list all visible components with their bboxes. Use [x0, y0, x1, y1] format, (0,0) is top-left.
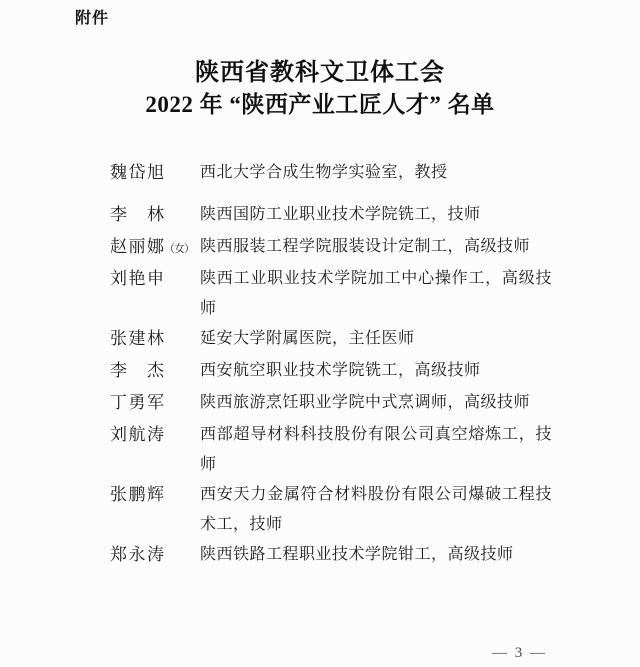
entry-name: 赵丽娜（女） — [110, 232, 200, 264]
entry-name-text: 张建林 — [110, 324, 164, 354]
entry-name: 魏岱旭 — [110, 158, 200, 190]
entry-description: 陕西旅游烹饪职业学院中式烹调师，高级技师 — [200, 388, 552, 418]
document-title-line2: 2022 年 “陕西产业工匠人才” 名单 — [0, 89, 640, 121]
entry-name: 刘航涛 — [110, 420, 200, 452]
entry-name-text: 赵丽娜 — [110, 232, 164, 262]
entry-name: 李林 — [110, 200, 200, 232]
list-entry: 刘航涛 西部超导材料科技股份有限公司真空熔炼工，技师 — [110, 420, 556, 480]
list-entry: 赵丽娜（女） 陕西服装工程学院服装设计定制工，高级技师 — [110, 232, 556, 264]
entry-description: 西北大学合成生物学实验室，教授 — [200, 158, 552, 188]
entry-name: 张建林 — [110, 324, 200, 356]
entry-description: 延安大学附属医院，主任医师 — [200, 324, 552, 354]
entry-name-text: 李杰 — [110, 356, 164, 386]
entry-name: 丁勇军 — [110, 388, 200, 420]
entry-description: 陕西服装工程学院服装设计定制工，高级技师 — [200, 232, 552, 262]
list-entry: 丁勇军 陕西旅游烹饪职业学院中式烹调师，高级技师 — [110, 388, 556, 420]
entry-name: 郑永涛 — [110, 540, 200, 572]
list-entry: 刘艳申 陕西工业职业技术学院加工中心操作工，高级技师 — [110, 264, 556, 324]
entry-name-text: 魏岱旭 — [110, 158, 164, 188]
page-number: — 3 — — [492, 643, 547, 663]
entry-name: 刘艳申 — [110, 264, 200, 296]
list-entry: 李林 陕西国防工业职业技术学院铣工，技师 — [110, 200, 556, 232]
entry-description: 陕西国防工业职业技术学院铣工，技师 — [200, 200, 552, 230]
entry-description: 陕西工业职业技术学院加工中心操作工，高级技师 — [200, 264, 552, 324]
entry-name-text: 刘航涛 — [110, 420, 164, 450]
entry-name-text: 刘艳申 — [110, 264, 164, 294]
list-entry: 李杰 西安航空职业技术学院铣工，高级技师 — [110, 356, 556, 388]
document-title-line1: 陕西省教科文卫体工会 — [0, 57, 640, 89]
attachment-label: 附件 — [75, 7, 109, 31]
entry-name-text: 丁勇军 — [110, 388, 164, 418]
entry-name-text: 张鹏辉 — [110, 480, 164, 510]
entry-description: 西安天力金属符合材料股份有限公司爆破工程技术工，技师 — [200, 480, 552, 540]
list-entry: 张鹏辉 西安天力金属符合材料股份有限公司爆破工程技术工，技师 — [110, 480, 556, 540]
list-entry: 郑永涛 陕西铁路工程职业技术学院钳工，高级技师 — [110, 540, 556, 572]
entry-name-text: 郑永涛 — [110, 540, 164, 570]
entry-description: 陕西铁路工程职业技术学院钳工，高级技师 — [200, 540, 552, 570]
entry-name-suffix: （女） — [164, 243, 194, 255]
entry-description: 西部超导材料科技股份有限公司真空熔炼工，技师 — [200, 420, 552, 480]
list-entry: 魏岱旭 西北大学合成生物学实验室，教授 — [110, 158, 556, 190]
entry-name-text: 李林 — [110, 200, 164, 230]
entry-description: 西安航空职业技术学院铣工，高级技师 — [200, 356, 552, 386]
entry-name: 张鹏辉 — [110, 480, 200, 512]
list-entry: 张建林 延安大学附属医院，主任医师 — [110, 324, 556, 356]
entry-name: 李杰 — [110, 356, 200, 388]
document-title: 陕西省教科文卫体工会 2022 年 “陕西产业工匠人才” 名单 — [0, 57, 640, 121]
award-name-list: 魏岱旭 西北大学合成生物学实验室，教授 李林 陕西国防工业职业技术学院铣工，技师… — [110, 158, 556, 572]
